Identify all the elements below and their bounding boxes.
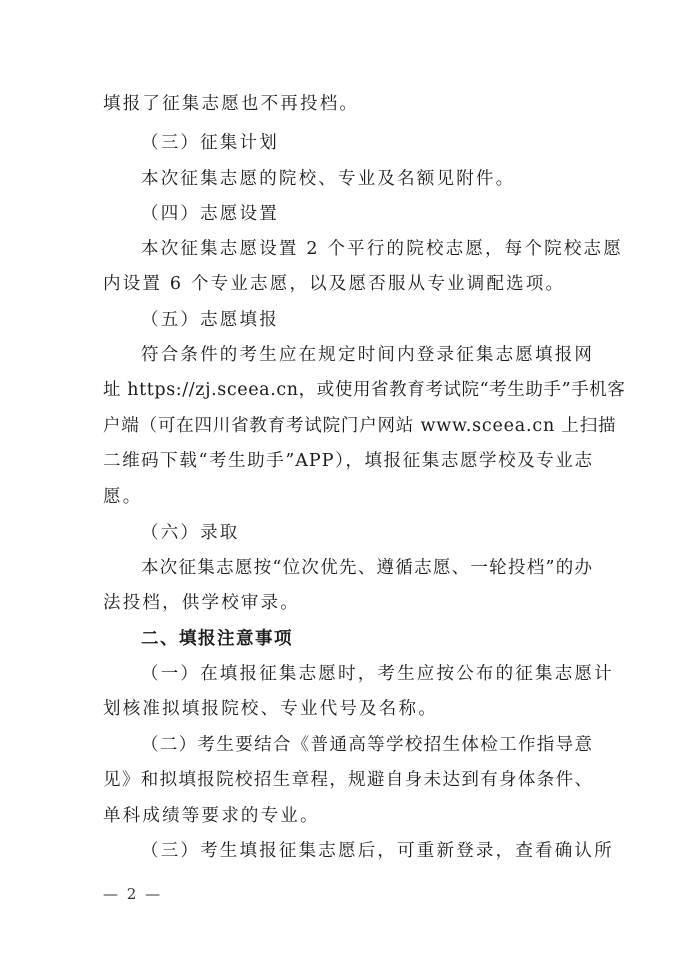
paragraph-line: 符合条件的考生应在规定时间内登录征集志愿填报网	[141, 343, 593, 367]
paragraph-line: 划核准拟填报院校、专业代号及名称。	[103, 697, 593, 721]
section-heading-filling-notes: 二、填报注意事项	[141, 627, 631, 651]
paragraph-line: 本次征集志愿的院校、专业及名额见附件。	[141, 167, 631, 191]
paragraph-line: 本次征集志愿按“位次优先、遵循志愿、一轮投档”的办	[141, 556, 593, 580]
paragraph-line: 填报了征集志愿也不再投档。	[103, 92, 593, 116]
paragraph-line-with-url: 址 https://zj.sceea.cn，或使用省教育考试院“考生助手”手机客	[103, 378, 593, 402]
subheading-admission: （六）录取	[141, 521, 631, 545]
paragraph-line: 单科成绩等要求的专业。	[103, 804, 593, 828]
subheading-preference-settings: （四）志愿设置	[141, 202, 631, 226]
paragraph-line: 二维码下载“考生助手”APP），填报征集志愿学校及专业志	[103, 449, 593, 473]
paragraph-line: 愿。	[103, 485, 593, 509]
paragraph-line: （二）考生要结合《普通高等学校招生体检工作指导意	[141, 733, 593, 757]
page-number: — 2 —	[103, 885, 162, 903]
paragraph-line-with-url: 户端（可在四川省教育考试院门户网站 www.sceea.cn 上扫描	[103, 414, 593, 438]
paragraph-line: 本次征集志愿设置 2 个平行的院校志愿，每个院校志愿	[141, 237, 593, 261]
paragraph-line: （三）考生填报征集志愿后，可重新登录，查看确认所	[141, 839, 593, 863]
paragraph-line: 内设置 6 个专业志愿，以及愿否服从专业调配选项。	[103, 272, 593, 296]
paragraph-line: 见》和拟填报院校招生章程，规避自身未达到有身体条件、	[103, 768, 593, 792]
document-page: 填报了征集志愿也不再投档。 （三）征集计划 本次征集志愿的院校、专业及名额见附件…	[0, 0, 680, 961]
paragraph-line: （一）在填报征集志愿时，考生应按公布的征集志愿计	[141, 662, 593, 686]
subheading-collection-plan: （三）征集计划	[141, 131, 631, 155]
paragraph-line: 法投档，供学校审录。	[103, 591, 593, 615]
subheading-preference-filling: （五）志愿填报	[141, 308, 631, 332]
